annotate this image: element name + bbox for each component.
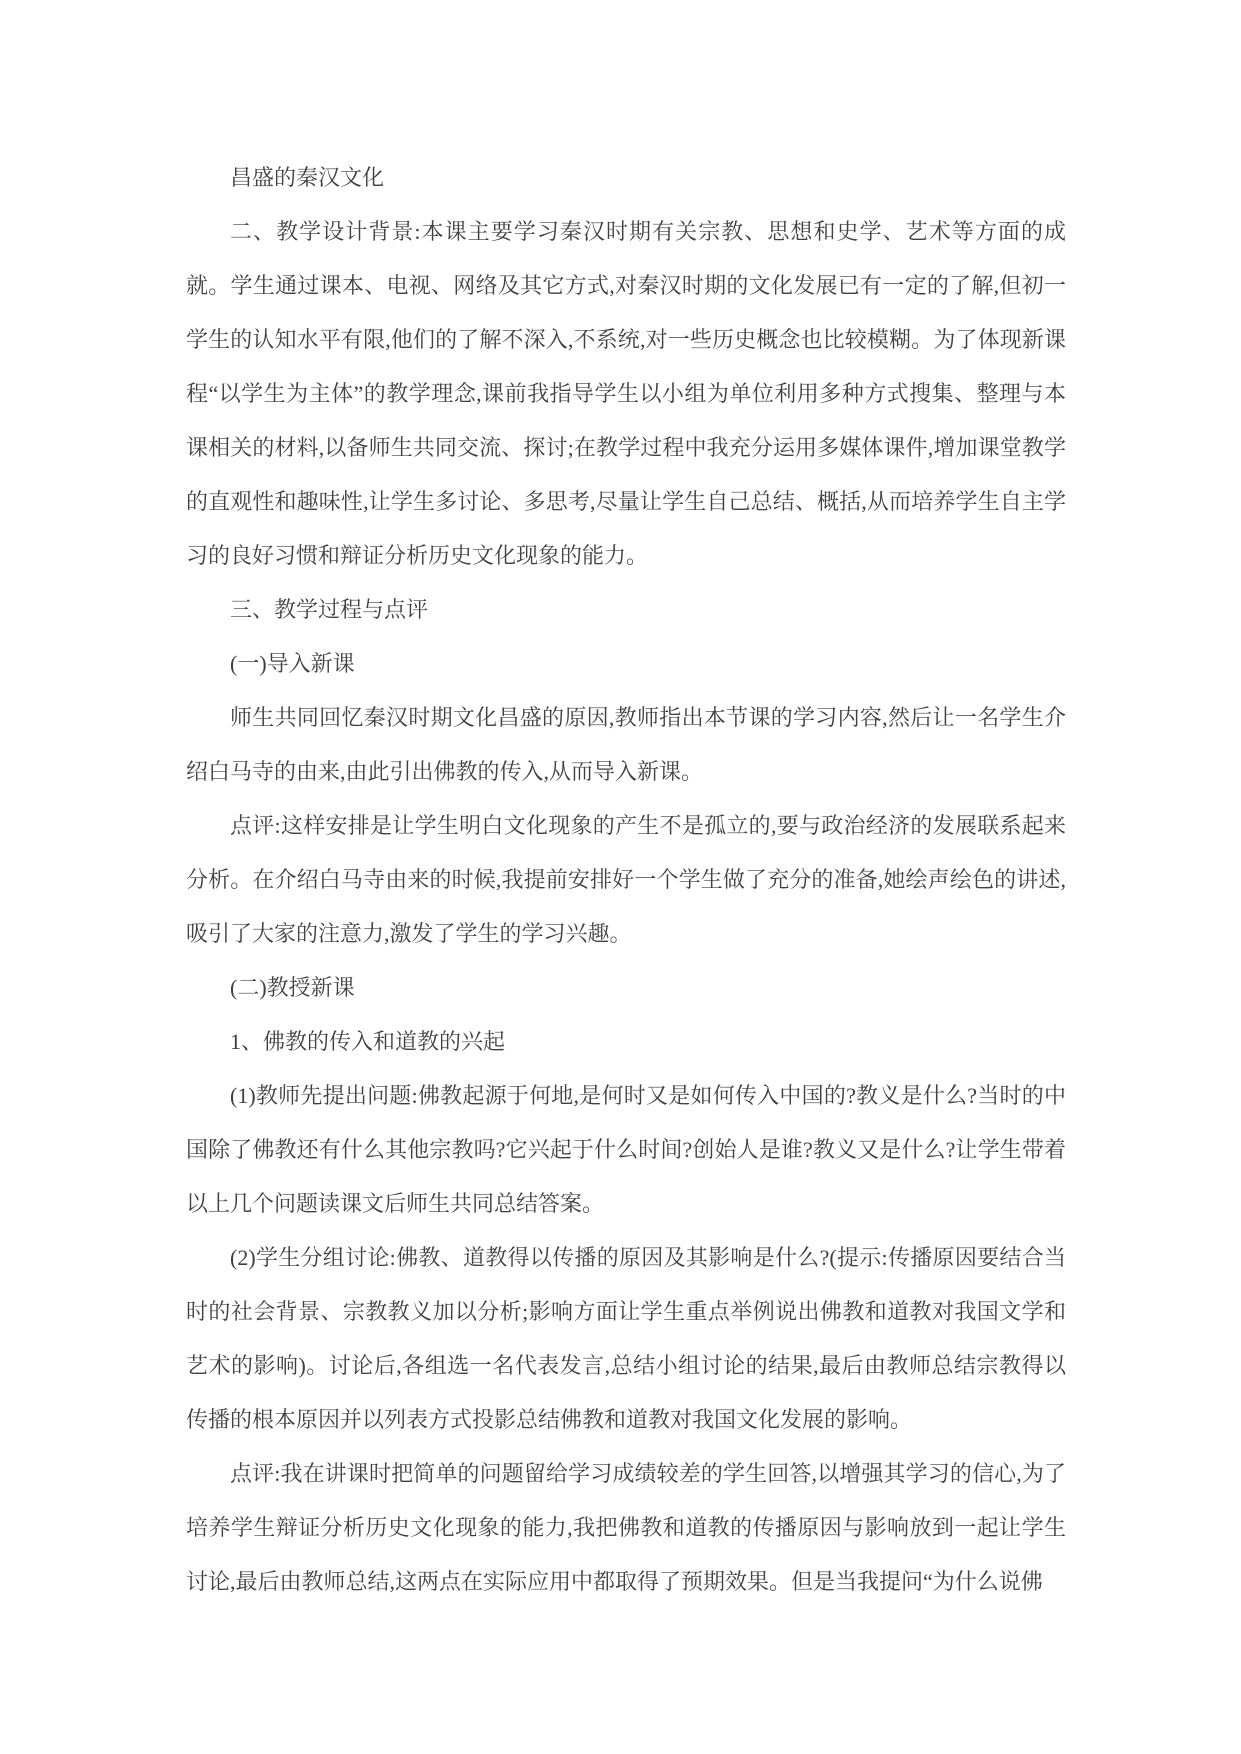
paragraph: (二)教授新课: [186, 961, 1066, 1015]
paragraph: 师生共同回忆秦汉时期文化昌盛的原因,教师指出本节课的学习内容,然后让一名学生介绍…: [186, 691, 1066, 799]
paragraph: (2)学生分组讨论:佛教、道教得以传播的原因及其影响是什么?(提示:传播原因要结…: [186, 1231, 1066, 1447]
paragraph: 三、教学过程与点评: [186, 583, 1066, 637]
document-title: 昌盛的秦汉文化: [186, 151, 1066, 205]
paragraph: 点评:这样安排是让学生明白文化现象的产生不是孤立的,要与政治经济的发展联系起来分…: [186, 799, 1066, 961]
document-content: 昌盛的秦汉文化 二、教学设计背景:本课主要学习秦汉时期有关宗教、思想和史学、艺术…: [186, 151, 1066, 1609]
paragraph: 点评:我在讲课时把简单的问题留给学习成绩较差的学生回答,以增强其学习的信心,为了…: [186, 1447, 1066, 1609]
paragraph: (1)教师先提出问题:佛教起源于何地,是何时又是如何传入中国的?教义是什么?当时…: [186, 1069, 1066, 1231]
paragraph: (一)导入新课: [186, 637, 1066, 691]
paragraph: 1、佛教的传入和道教的兴起: [186, 1015, 1066, 1069]
document-page: 昌盛的秦汉文化 二、教学设计背景:本课主要学习秦汉时期有关宗教、思想和史学、艺术…: [0, 0, 1241, 1754]
paragraph: 二、教学设计背景:本课主要学习秦汉时期有关宗教、思想和史学、艺术等方面的成就。学…: [186, 205, 1066, 583]
